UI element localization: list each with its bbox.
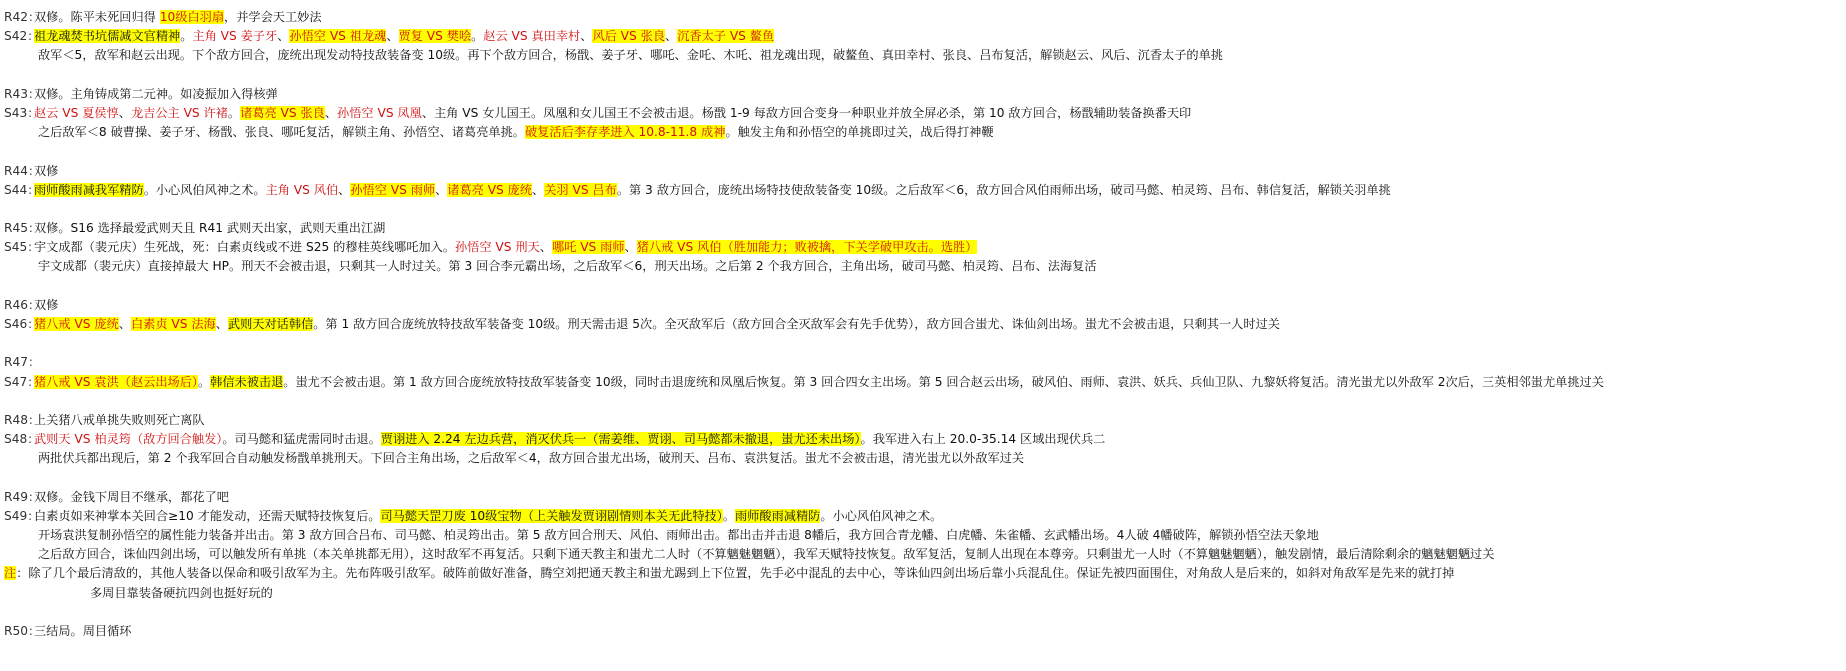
entry-line-s45: 宇文成都（裴元庆）直接掉最大 HP。刑天不会被击退，只剩其一人时过关。第 3 回… bbox=[4, 257, 1846, 276]
body-text: 。第 1 敌方回合庞统放特技敌军装备变 10级。刑天需击退 5次。全灭敌军后（敌… bbox=[313, 317, 1280, 331]
entry-line-r47: R47： bbox=[4, 353, 1846, 372]
body-text: 之后敌方回合，诛仙四剑出场，可以触发所有单挑（本关单挑都无用），这时敌军不再复活… bbox=[38, 547, 1494, 561]
walkthrough-document: R42：双修。陈平未死回归得 10级白羽扇，并学会天工妙法S42：祖龙魂焚书坑儒… bbox=[0, 0, 1846, 641]
entry-line-s46: S46：猪八戒 VS 庞统、白素贞 VS 法海、武则天对话韩信。第 1 敌方回合… bbox=[4, 315, 1846, 334]
body-text: 、 bbox=[665, 29, 677, 43]
entry-line-s48: 两批伏兵都出现后，第 2 个我军回合自动触发杨戬单挑刑天。下回合主角出场，之后敌… bbox=[4, 449, 1846, 468]
blank-line bbox=[4, 392, 1846, 411]
highlighted-duel-text: 哪吒 VS 雨师 bbox=[552, 240, 625, 254]
body-text: 。蚩尤不会被击退。第 1 敌方回合庞统放特技敌军装备变 10级，同时击退庞统和凤… bbox=[283, 375, 1604, 389]
entry-line-s49: 多周目靠装备硬抗四剑也挺好玩的 bbox=[4, 584, 1846, 603]
body-text: 双修。金钱下周目不继承，都花了吧 bbox=[34, 490, 229, 504]
entry-label: S49： bbox=[4, 507, 34, 526]
highlighted-duel-text: 沉香太子 VS 鳌鱼 bbox=[677, 29, 774, 43]
body-text: 敌军＜5，敌军和赵云出现。下个敌方回合，庞统出现发动特技敌装备变 10级。再下个… bbox=[38, 48, 1223, 62]
highlighted-duel-text: 白素贞 VS 法海 bbox=[131, 317, 216, 331]
body-text: 三结局。周目循环 bbox=[34, 624, 132, 638]
body-text: 、 bbox=[119, 106, 131, 120]
highlighted-text: 韩信未被击退 bbox=[210, 375, 283, 389]
entry-label: S45： bbox=[4, 238, 34, 257]
body-text: 双修 bbox=[34, 164, 58, 178]
highlighted-text: 武则天对话韩信 bbox=[228, 317, 313, 331]
entry-line-r44: R44：双修 bbox=[4, 162, 1846, 181]
entry-line-r49: R49：双修。金钱下周目不继承，都花了吧 bbox=[4, 488, 1846, 507]
body-text: 两批伏兵都出现后，第 2 个我军回合自动触发杨戬单挑刑天。下回合主角出场，之后敌… bbox=[38, 451, 1024, 465]
duel-text: 主角 VS 姜子牙 bbox=[192, 29, 277, 43]
entry-line-s49: 之后敌方回合，诛仙四剑出场，可以触发所有单挑（本关单挑都无用），这时敌军不再复活… bbox=[4, 545, 1846, 564]
body-text: 。第 3 敌方回合，庞统出场特技使敌装备变 10级。之后敌军＜6，敌方回合风伯雨… bbox=[617, 183, 1391, 197]
body-text: 。 bbox=[723, 509, 735, 523]
body-text: 、 bbox=[277, 29, 289, 43]
duel-text: 赵云 VS 夏侯惇 bbox=[34, 106, 119, 120]
body-text: 、 bbox=[435, 183, 447, 197]
blank-line bbox=[4, 603, 1846, 622]
highlighted-duel-text: 10级白羽扇 bbox=[160, 10, 224, 24]
entry-label: R49： bbox=[4, 488, 34, 507]
highlighted-duel-text: 孙悟空 VS 祖龙魂 bbox=[289, 29, 386, 43]
body-text: 。 bbox=[228, 106, 240, 120]
body-text: 开场袁洪复制孙悟空的属性能力装备并出击。第 3 敌方回合吕布、司马懿、柏灵筠出击… bbox=[38, 528, 1319, 542]
entry-line-s42: 敌军＜5，敌军和赵云出现。下个敌方回合，庞统出现发动特技敌装备变 10级。再下个… bbox=[4, 46, 1846, 65]
entry-label: S47： bbox=[4, 373, 34, 392]
highlighted-text: 雨师酸雨减我军精防 bbox=[34, 183, 144, 197]
entry-line-s43: S43：赵云 VS 夏侯惇、龙吉公主 VS 许褚。诸葛亮 VS 张良、孙悟空 V… bbox=[4, 104, 1846, 123]
duel-text: 龙吉公主 VS 许褚 bbox=[131, 106, 228, 120]
body-text: ，并学会天工妙法 bbox=[224, 10, 322, 24]
entry-line-s49: 注：除了几个最后清敌的，其他人装备以保命和吸引敌军为主。先布阵吸引敌军。破阵前做… bbox=[4, 564, 1846, 583]
body-text: 上关猪八戒单挑失败则死亡离队 bbox=[34, 413, 205, 427]
highlighted-duel-text: 猪八戒 VS 庞统 bbox=[34, 317, 119, 331]
body-text: 白素贞如来神掌本关回合≥10 才能发动，还需天赋特技恢复后。 bbox=[34, 509, 380, 523]
highlighted-duel-text: 风后 VS 张良 bbox=[592, 29, 665, 43]
blank-line bbox=[4, 66, 1846, 85]
entry-label: R45： bbox=[4, 219, 34, 238]
duel-text: 赵云 VS 真田幸村 bbox=[483, 29, 580, 43]
entry-line-r43: R43：双修。主角铸成第二元神。如凌振加入得核弹 bbox=[4, 85, 1846, 104]
body-text: 、 bbox=[386, 29, 398, 43]
entry-label: S42： bbox=[4, 27, 34, 46]
highlighted-duel-text: 猪八戒 VS 风伯（胜加能力；败被擒，下关学破甲攻击。选胜） bbox=[637, 240, 978, 254]
duel-text: 主角 VS 风伯 bbox=[266, 183, 339, 197]
body-text: 双修。主角铸成第二元神。如凌振加入得核弹 bbox=[34, 87, 278, 101]
body-text: 宇文成都（裴元庆）生死战，死：白素贞线或不进 S25 的穆桂英线哪吒加入。 bbox=[34, 240, 455, 254]
body-text: 宇文成都（裴元庆）直接掉最大 HP。刑天不会被击退，只剩其一人时过关。第 3 回… bbox=[38, 259, 1097, 273]
entry-label: S43： bbox=[4, 104, 34, 123]
duel-text: 孙悟空 VS 凤凰 bbox=[337, 106, 422, 120]
highlighted-text: 贾诩进入 2.24 左边兵营，消灭伏兵一（需姜维、贾诩、司马懿都未撤退，蚩尤还未… bbox=[381, 432, 861, 446]
entry-line-s42: S42：祖龙魂焚书坑儒减文官精神。主角 VS 姜子牙、孙悟空 VS 祖龙魂、贾复… bbox=[4, 27, 1846, 46]
body-text: 、 bbox=[119, 317, 131, 331]
entry-label: R43： bbox=[4, 85, 34, 104]
blank-line bbox=[4, 200, 1846, 219]
entry-line-s47: S47：猪八戒 VS 袁洪（赵云出场后）。韩信未被击退。蚩尤不会被击退。第 1 … bbox=[4, 373, 1846, 392]
blank-line bbox=[4, 142, 1846, 161]
body-text: 双修。陈平未死回归得 bbox=[34, 10, 160, 24]
entry-label: S48： bbox=[4, 430, 34, 449]
body-text: 。触发主角和孙悟空的单挑即过关，战后得打神鞭 bbox=[725, 125, 993, 139]
highlighted-duel-text: 孙悟空 VS 雨师 bbox=[350, 183, 435, 197]
entry-label: R47： bbox=[4, 353, 34, 372]
entry-label: R46： bbox=[4, 296, 34, 315]
entry-line-r46: R46：双修 bbox=[4, 296, 1846, 315]
highlighted-text: 雨师酸雨减精防 bbox=[735, 509, 820, 523]
entry-label: R42： bbox=[4, 8, 34, 27]
body-text: 。小心风伯风神之术。 bbox=[820, 509, 942, 523]
body-text: 。小心风伯风神之术。 bbox=[144, 183, 266, 197]
highlighted-duel-text: 诸葛亮 VS 张良 bbox=[240, 106, 325, 120]
body-text: 、 bbox=[580, 29, 592, 43]
highlighted-duel-text: 破复活后李存孝进入 10.8-11.8 成神 bbox=[525, 125, 725, 139]
highlighted-duel-text: 贾复 VS 樊哙 bbox=[399, 29, 472, 43]
note-marker: 注 bbox=[4, 566, 16, 580]
body-text: 。司马懿和猛虎需同时击退。 bbox=[222, 432, 380, 446]
body-text: 。 bbox=[471, 29, 483, 43]
body-text: 、 bbox=[532, 183, 544, 197]
entry-line-s44: S44：雨师酸雨减我军精防。小心风伯风神之术。主角 VS 风伯、孙悟空 VS 雨… bbox=[4, 181, 1846, 200]
entry-label: S44： bbox=[4, 181, 34, 200]
body-text: 、 bbox=[540, 240, 552, 254]
body-text: 双修 bbox=[34, 298, 58, 312]
entry-line-r45: R45：双修。S16 选择最爱武则天且 R41 武则天出家，武则天重出江湖 bbox=[4, 219, 1846, 238]
entry-label: R44： bbox=[4, 162, 34, 181]
body-text: 之后敌军＜8 破曹操、姜子牙、杨戬、张良、哪吒复活，解锁主角、孙悟空、诸葛亮单挑… bbox=[38, 125, 525, 139]
entry-line-r50: R50：三结局。周目循环 bbox=[4, 622, 1846, 641]
entry-line-s49: 开场袁洪复制孙悟空的属性能力装备并出击。第 3 敌方回合吕布、司马懿、柏灵筠出击… bbox=[4, 526, 1846, 545]
entry-label: R50： bbox=[4, 622, 34, 641]
blank-line bbox=[4, 469, 1846, 488]
duel-text: 孙悟空 VS 刑天 bbox=[455, 240, 540, 254]
body-text: 、 bbox=[216, 317, 228, 331]
entry-label: R48： bbox=[4, 411, 34, 430]
highlighted-duel-text: 猪八戒 VS 袁洪（赵云出场后） bbox=[34, 375, 198, 389]
body-text: 、 bbox=[338, 183, 350, 197]
body-text: 。 bbox=[198, 375, 210, 389]
entry-line-s45: S45：宇文成都（裴元庆）生死战，死：白素贞线或不进 S25 的穆桂英线哪吒加入… bbox=[4, 238, 1846, 257]
body-text: ：除了几个最后清敌的，其他人装备以保命和吸引敌军为主。先布阵吸引敌军。破阵前做好… bbox=[16, 566, 1454, 580]
entry-label: S46： bbox=[4, 315, 34, 334]
duel-text: 武则天 VS 柏灵筠（敌方回合触发） bbox=[34, 432, 222, 446]
body-text: 。 bbox=[180, 29, 192, 43]
entry-line-r42: R42：双修。陈平未死回归得 10级白羽扇，并学会天工妙法 bbox=[4, 8, 1846, 27]
body-text: 、 bbox=[625, 240, 637, 254]
highlighted-text: 祖龙魂焚书坑儒减文官精神 bbox=[34, 29, 180, 43]
entry-line-s49: S49：白素贞如来神掌本关回合≥10 才能发动，还需天赋特技恢复后。司马懿天罡刀… bbox=[4, 507, 1846, 526]
body-text: 、 bbox=[325, 106, 337, 120]
body-text: 双修。S16 选择最爱武则天且 R41 武则天出家，武则天重出江湖 bbox=[34, 221, 385, 235]
body-text: 多周目靠装备硬抗四剑也挺好玩的 bbox=[90, 586, 273, 600]
blank-line bbox=[4, 334, 1846, 353]
highlighted-text: 司马懿天罡刀废 10级宝物（上关触发贾诩剧情则本关无此特技） bbox=[380, 509, 722, 523]
entry-line-s43: 之后敌军＜8 破曹操、姜子牙、杨戬、张良、哪吒复活，解锁主角、孙悟空、诸葛亮单挑… bbox=[4, 123, 1846, 142]
body-text: 。我军进入右上 20.0-35.14 区域出现伏兵二 bbox=[861, 432, 1106, 446]
highlighted-duel-text: 诸葛亮 VS 庞统 bbox=[447, 183, 532, 197]
blank-line bbox=[4, 277, 1846, 296]
highlighted-duel-text: 关羽 VS 吕布 bbox=[544, 183, 617, 197]
entry-line-r48: R48：上关猪八戒单挑失败则死亡离队 bbox=[4, 411, 1846, 430]
body-text: 、主角 VS 女儿国王。凤凰和女儿国王不会被击退。杨戬 1-9 每敌方回合变身一… bbox=[422, 106, 1191, 120]
entry-line-s48: S48：武则天 VS 柏灵筠（敌方回合触发）。司马懿和猛虎需同时击退。贾诩进入 … bbox=[4, 430, 1846, 449]
